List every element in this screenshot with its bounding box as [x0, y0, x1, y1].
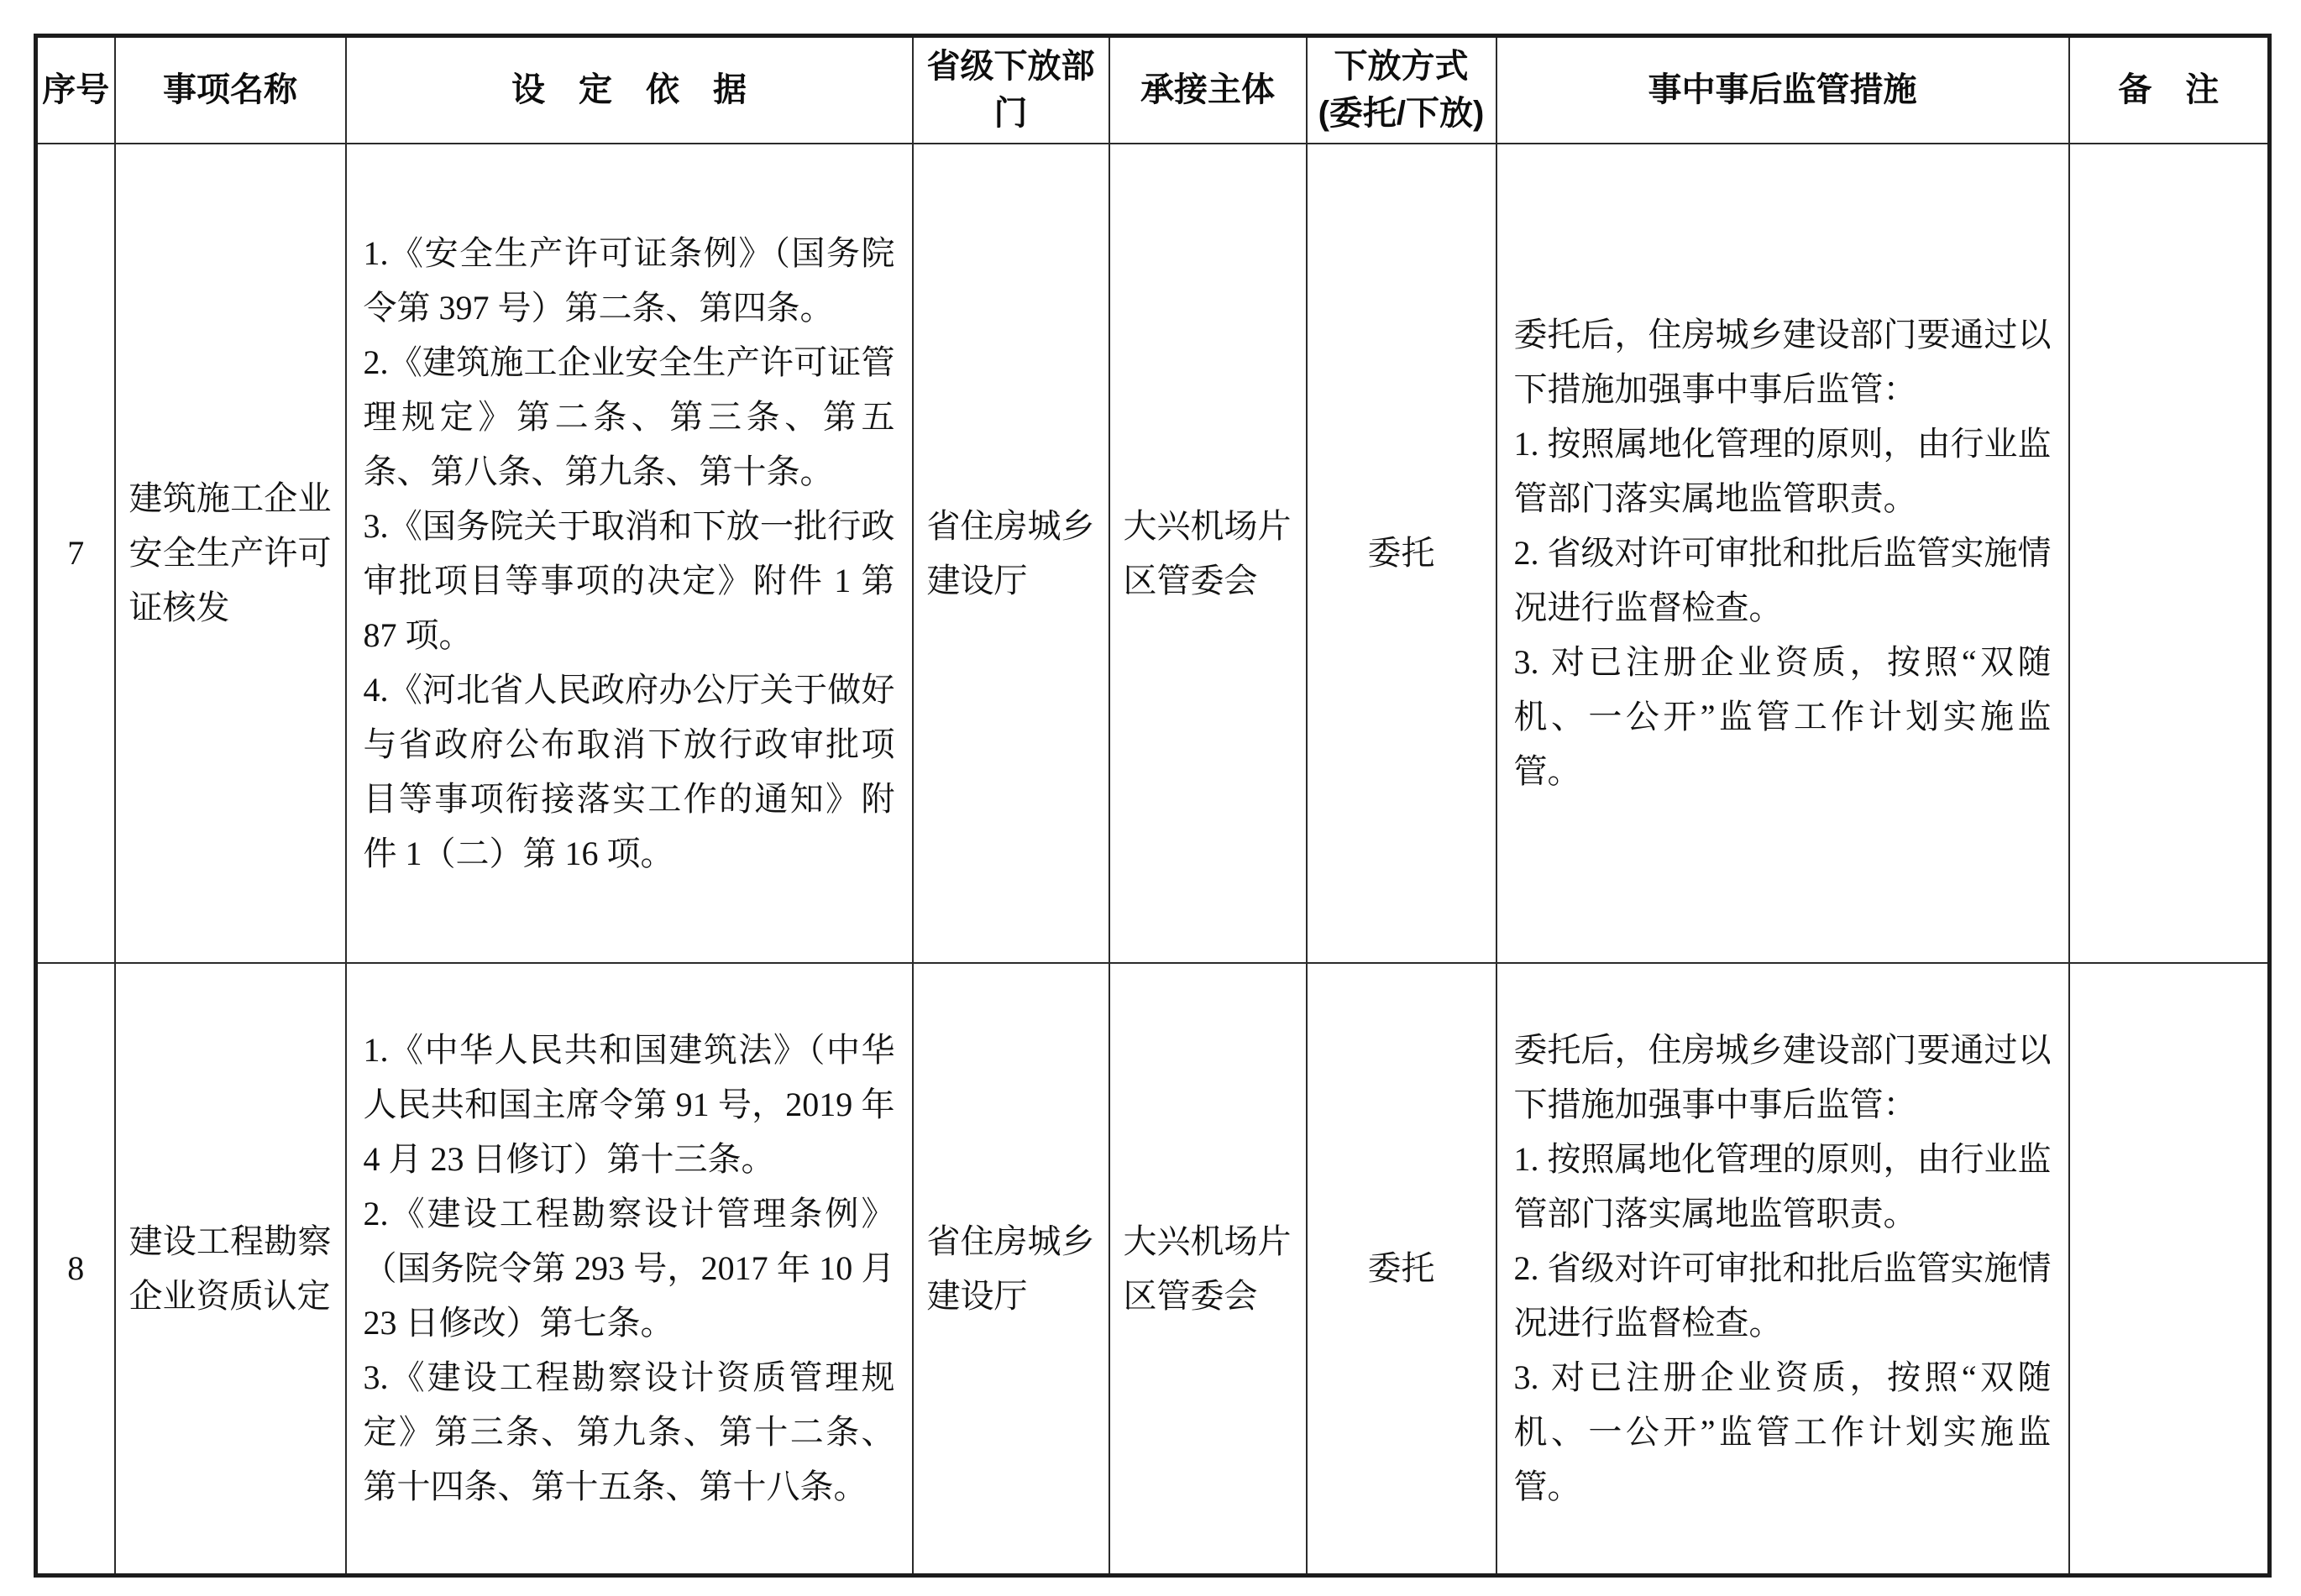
cell-item-name: 建筑施工企业安全生产许可证核发 — [115, 144, 346, 963]
table-row-item-8: 8 建设工程勘察企业资质认定 1.《中华人民共和国建筑法》（中华人民共和国主席令… — [36, 963, 2270, 1576]
cell-delegation-method: 委托 — [1307, 144, 1496, 963]
cell-undertaking-entity: 大兴机场片区管委会 — [1109, 963, 1307, 1576]
cell-legal-basis: 1.《中华人民共和国建筑法》（中华人民共和国主席令第 91 号，2019 年 4… — [346, 963, 913, 1576]
cell-serial: 8 — [36, 963, 115, 1576]
table-row-item-7: 7 建筑施工企业安全生产许可证核发 1.《安全生产许可证条例》（国务院令第 39… — [36, 144, 2270, 963]
col-header-remarks: 备 注 — [2069, 36, 2270, 144]
document-page: 序号 事项名称 设 定 依 据 省级下放部门 承接主体 下放方式 (委托/下放)… — [0, 0, 2301, 1596]
cell-delegation-method: 委托 — [1307, 963, 1496, 1576]
col-header-undertaking-entity: 承接主体 — [1109, 36, 1307, 144]
col-header-item-name: 事项名称 — [115, 36, 346, 144]
cell-remarks — [2069, 963, 2270, 1576]
col-header-delegation-method: 下放方式 (委托/下放) — [1307, 36, 1496, 144]
col-header-provincial-department: 省级下放部门 — [913, 36, 1109, 144]
cell-supervision-measures: 委托后，住房城乡建设部门要通过以下措施加强事中事后监管： 1. 按照属地化管理的… — [1496, 963, 2069, 1576]
cell-supervision-measures: 委托后，住房城乡建设部门要通过以下措施加强事中事后监管： 1. 按照属地化管理的… — [1496, 144, 2069, 963]
cell-provincial-department: 省住房城乡建设厅 — [913, 144, 1109, 963]
table-header-row: 序号 事项名称 设 定 依 据 省级下放部门 承接主体 下放方式 (委托/下放)… — [36, 36, 2270, 144]
col-header-supervision-measures: 事中事后监管措施 — [1496, 36, 2069, 144]
cell-undertaking-entity: 大兴机场片区管委会 — [1109, 144, 1307, 963]
cell-serial: 7 — [36, 144, 115, 963]
cell-remarks — [2069, 144, 2270, 963]
col-header-serial: 序号 — [36, 36, 115, 144]
col-header-legal-basis: 设 定 依 据 — [346, 36, 913, 144]
cell-provincial-department: 省住房城乡建设厅 — [913, 963, 1109, 1576]
delegation-items-table: 序号 事项名称 设 定 依 据 省级下放部门 承接主体 下放方式 (委托/下放)… — [34, 34, 2272, 1578]
cell-item-name: 建设工程勘察企业资质认定 — [115, 963, 346, 1576]
cell-legal-basis: 1.《安全生产许可证条例》（国务院令第 397 号）第二条、第四条。 2.《建筑… — [346, 144, 913, 963]
